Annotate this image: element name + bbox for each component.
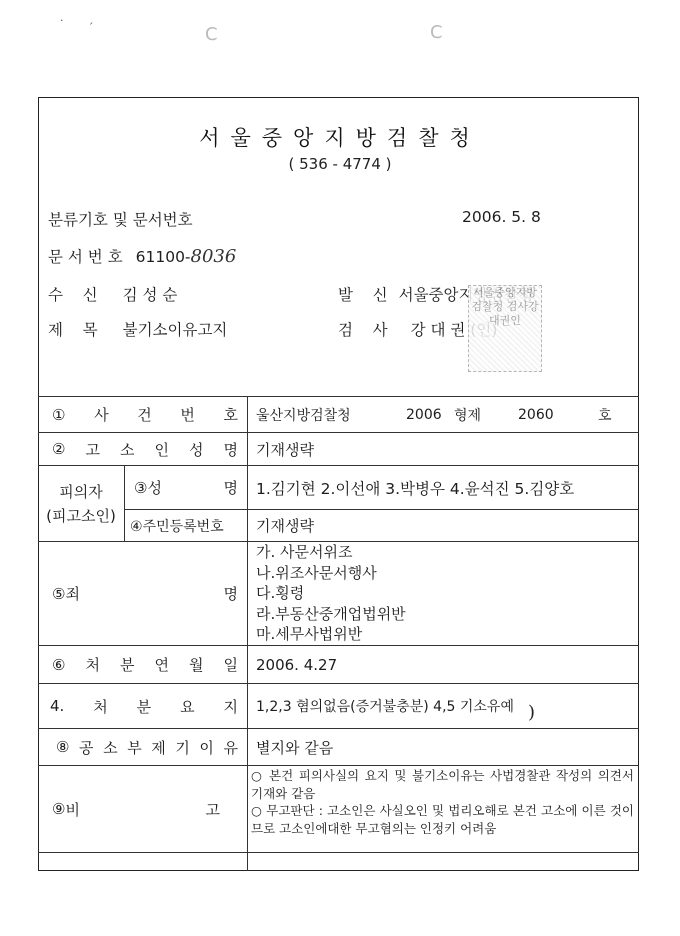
recipient-row: 수 신 김 성 순 <box>48 283 177 305</box>
suspect-name-label: ③성 명 <box>134 466 238 509</box>
suspect-names-value: 1.김기현 2.이선애 3.박병우 4.윤석진 5.김양호 <box>256 466 636 509</box>
disposition-date-value: 2006. 4.27 <box>256 646 631 683</box>
scan-speck: · <box>60 14 64 27</box>
prosecution-waiver-label: ⑧ 공 소 부 제 기 이 유 <box>56 729 238 765</box>
complainant-value: 기재생략 <box>256 433 631 465</box>
case-number-label: ① 사 건 번 호 <box>52 397 238 432</box>
hole-punch-mark: C <box>205 24 218 45</box>
classification-label: 분류기호 및 문서번호 <box>48 208 193 230</box>
agency-phone: ( 536 - 4774 ) <box>0 155 680 173</box>
hole-punch-mark: C <box>430 22 443 43</box>
remark-item: ○ 본건 피의사실의 요지 및 불기소이유는 사법경찰관 작성의 의견서 기재와… <box>251 767 634 802</box>
case-number-value: 울산지방검찰청 2006 형제 2060 호 <box>256 397 631 432</box>
doc-number-handwritten: 8036 <box>191 246 237 267</box>
charge-item: 라.부동산중개업법위반 <box>256 604 406 625</box>
doc-number-row: 문 서 번 호 61100-8036 <box>48 245 236 267</box>
charges-list: 가. 사문서위조 나.위조사문서행사 다.횡령 라.부동산중개업법위반 마.세무… <box>256 542 631 645</box>
resident-id-label: ④주민등록번호 <box>130 510 245 541</box>
prosecution-waiver-value: 별지와 같음 <box>256 729 631 765</box>
scan-speck: ˏ <box>88 12 94 25</box>
charge-item: 마.세무사법위반 <box>256 624 362 645</box>
table-rule <box>38 852 639 853</box>
doc-number-printed: 61100- <box>136 248 191 266</box>
agency-title: 서울중앙지방검찰청 <box>0 122 680 152</box>
remarks-label: ⑨ 비 고 <box>52 766 220 852</box>
suspect-group-label: 피의자 (피고소인) <box>38 466 124 541</box>
charge-item: 다.횡령 <box>256 583 304 604</box>
subject-row: 제 목 불기소이유고지 <box>48 318 227 340</box>
recipient-label: 수 신 <box>48 286 98 304</box>
handwritten-mark: ) <box>528 702 535 723</box>
resident-id-value: 기재생략 <box>256 510 631 541</box>
table-column-rule <box>247 396 248 871</box>
remarks-value: ○ 본건 피의사실의 요지 및 불기소이유는 사법경찰관 작성의 의견서 기재와… <box>251 767 634 851</box>
doc-number-label: 문 서 번 호 <box>48 248 123 266</box>
remark-item: ○ 무고판단 : 고소인은 사실오인 및 법리오해로 본건 고소에 이른 것이므… <box>251 802 634 837</box>
official-seal-stamp: 서울중앙지방검찰청 검사강대권인 <box>468 285 542 372</box>
disposition-summary-value: 1,2,3 혐의없음(증거불충분) 4,5 기소유예 <box>256 684 631 728</box>
charges-label: ⑤ 죄 명 <box>52 542 238 645</box>
subject-value: 불기소이유고지 <box>123 321 228 339</box>
recipient-name: 김 성 순 <box>123 286 178 304</box>
disposition-summary-label: 4. 처 분 요 지 <box>50 684 238 728</box>
disposition-date-label: ⑥ 처 분 연 월 일 <box>52 646 238 683</box>
document-date: 2006. 5. 8 <box>462 208 541 226</box>
prosecutor-label: 검 사 <box>338 321 388 339</box>
sender-label: 발 신 <box>338 286 388 304</box>
subject-label: 제 목 <box>48 321 98 339</box>
charge-item: 가. 사문서위조 <box>256 542 352 563</box>
table-column-rule <box>124 465 125 541</box>
charge-item: 나.위조사문서행사 <box>256 563 377 584</box>
complainant-label: ② 고 소 인 성 명 <box>52 433 238 465</box>
